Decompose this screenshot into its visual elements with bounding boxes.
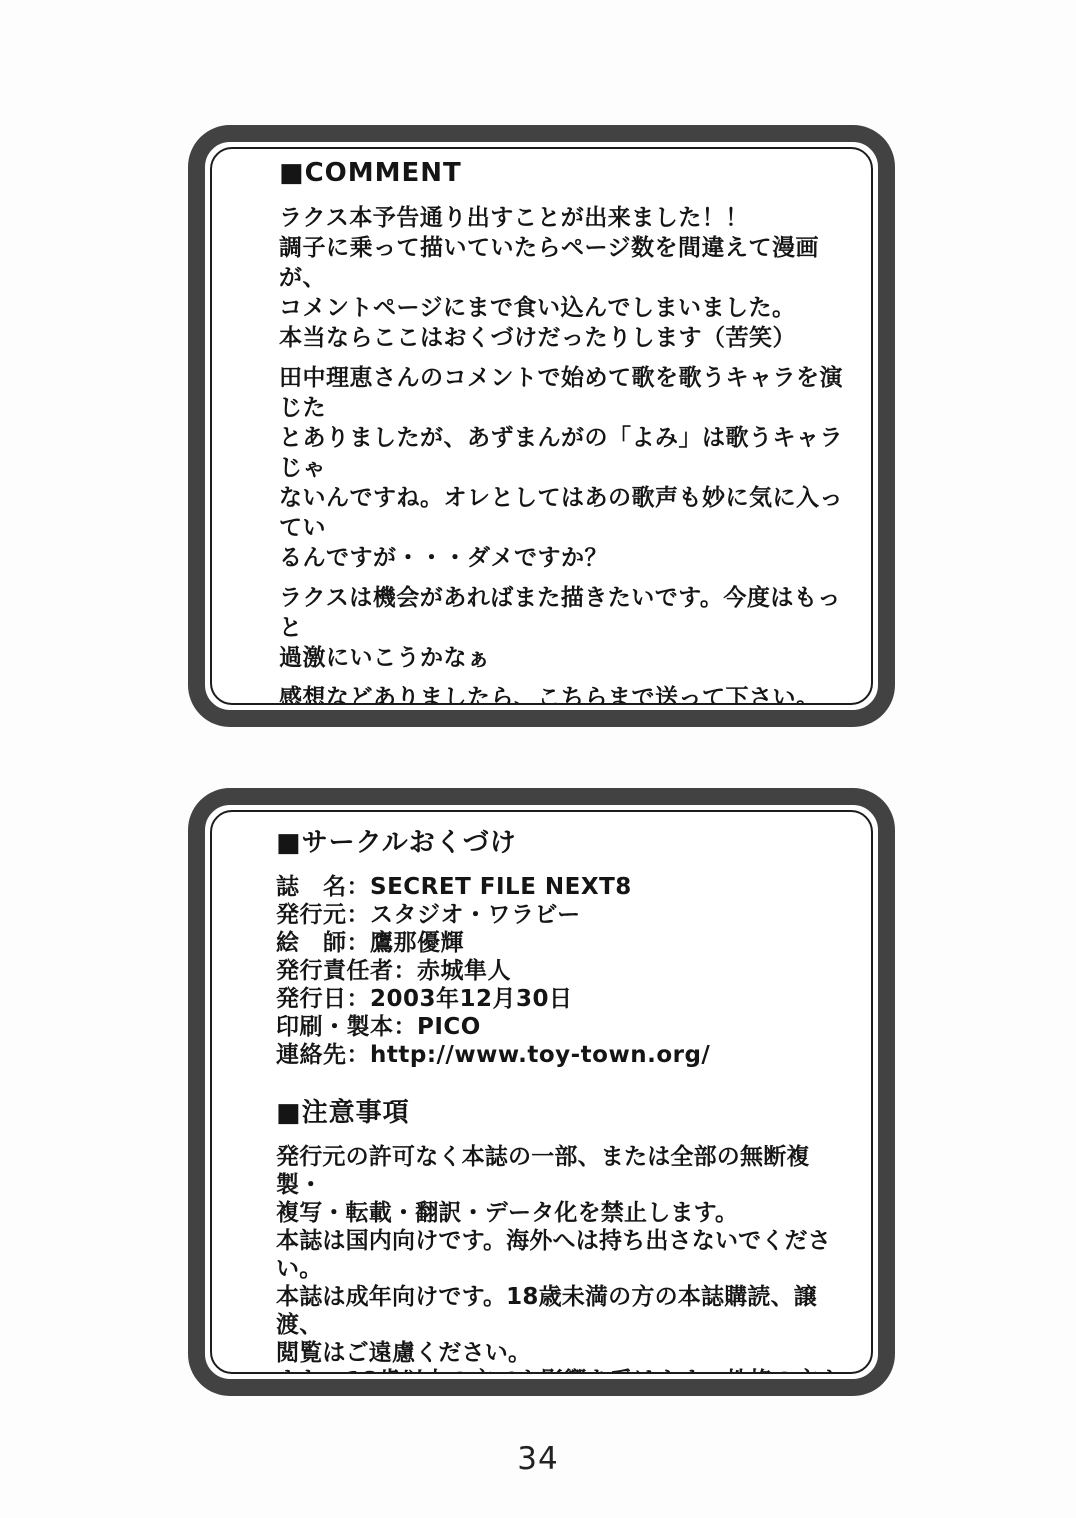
colophon-line-date: 発行日：2003年12月30日 — [276, 985, 847, 1013]
colophon-line-publisher: 発行元：スタジオ・ワラビー — [276, 901, 847, 929]
colophon-line-artist: 絵 師：鷹那優輝 — [276, 929, 847, 957]
colophon-line-contact: 連絡先：http://www.toy-town.org/ — [276, 1041, 847, 1069]
colophon-line-printer: 印刷・製本：PICO — [276, 1013, 847, 1041]
comment-paragraph: ラクス本予告通り出すことが出来ました！！ 調子に乗って描いていたらページ数を間違… — [279, 203, 847, 353]
colophon-box-inner: ■サークルおくづけ 誌 名：SECRET FILE NEXT8 発行元：スタジオ… — [210, 810, 873, 1374]
comment-box: ■COMMENT ラクス本予告通り出すことが出来ました！！ 調子に乗って描いてい… — [188, 125, 895, 727]
notice-text: 発行元の許可なく本誌の一部、または全部の無断複製・ 複写・転載・翻訳・データ化を… — [276, 1143, 847, 1374]
notice-title: ■注意事項 — [276, 1097, 847, 1129]
colophon-box: ■サークルおくづけ 誌 名：SECRET FILE NEXT8 発行元：スタジオ… — [188, 788, 895, 1396]
comment-paragraph: 感想などありましたら、こちらまで送って下さい。 必ず返信いたします。 それとあと… — [279, 683, 847, 705]
comment-paragraph: ラクスは機会があればまた描きたいです。今度はもっと 過激にいこうかなぁ — [279, 583, 847, 673]
page-number: 34 — [0, 1441, 1076, 1477]
scanned-page: ■COMMENT ラクス本予告通り出すことが出来ました！！ 調子に乗って描いてい… — [0, 0, 1076, 1518]
colophon-title: ■サークルおくづけ — [276, 827, 847, 859]
comment-title: ■COMMENT — [279, 157, 847, 189]
comment-content: ■COMMENT ラクス本予告通り出すことが出来ました！！ 調子に乗って描いてい… — [212, 149, 871, 705]
comment-box-inner: ■COMMENT ラクス本予告通り出すことが出来ました！！ 調子に乗って描いてい… — [210, 147, 873, 705]
comment-paragraph: 田中理恵さんのコメントで始めて歌を歌うキャラを演じた とありましたが、あずまんが… — [279, 363, 847, 573]
colophon-content: ■サークルおくづけ 誌 名：SECRET FILE NEXT8 発行元：スタジオ… — [212, 812, 871, 1374]
colophon-line-responsible: 発行責任者：赤城隼人 — [276, 957, 847, 985]
colophon-line-title: 誌 名：SECRET FILE NEXT8 — [276, 873, 847, 901]
